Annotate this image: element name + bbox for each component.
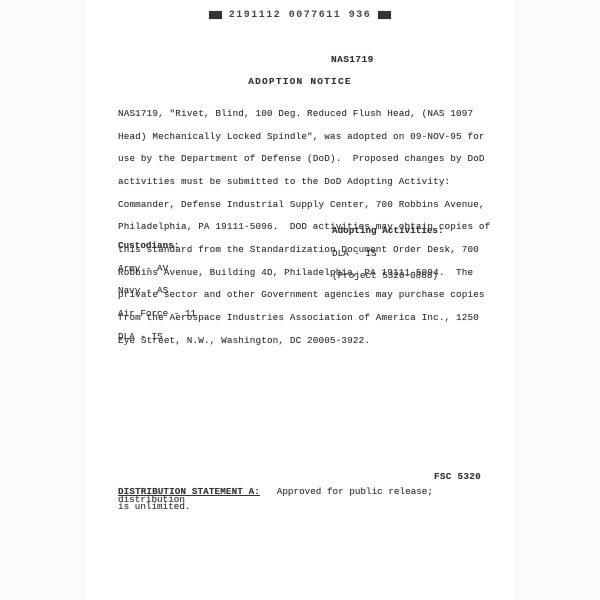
distribution-statement-text-line2: is unlimited.: [118, 503, 498, 511]
ocr-code-text: 2191112 0077611 936: [229, 10, 372, 21]
adopting-activities-column: Adopting Activities: DLA - IS (Project 5…: [332, 212, 444, 295]
distribution-statement: DISTRIBUTION STATEMENT A: Approved for p…: [118, 488, 498, 511]
body-line: Commander, Defense Industrial Supply Cen…: [118, 201, 498, 209]
barcode-block-left-icon: [209, 11, 222, 19]
body-line: NAS1719, "Rivet, Blind, 100 Deg. Reduced…: [118, 110, 498, 118]
adopting-item: DLA - IS: [332, 250, 444, 258]
ocr-code-strip: 2191112 0077611 936: [0, 8, 600, 22]
custodian-item: Air Force - 11: [118, 310, 498, 318]
body-line: activities must be submitted to the DoD …: [118, 178, 498, 186]
page-title: ADOPTION NOTICE: [0, 76, 600, 87]
adopting-item: (Project 5320-0868): [332, 272, 444, 280]
adopting-activities-heading: Adopting Activities:: [332, 227, 444, 235]
body-line: Head) Mechanically Locked Spindle", was …: [118, 133, 498, 141]
custodians-and-adopting-section: Custodians: Army - AV Navy - AS Air Forc…: [118, 212, 498, 370]
body-line: use by the Department of Defense (DoD). …: [118, 155, 498, 163]
document-number: NAS1719: [331, 54, 374, 65]
fsc-code: FSC 5320: [434, 471, 481, 482]
custodian-item: DLA - IS: [118, 333, 498, 341]
barcode-block-right-icon: [378, 11, 391, 19]
